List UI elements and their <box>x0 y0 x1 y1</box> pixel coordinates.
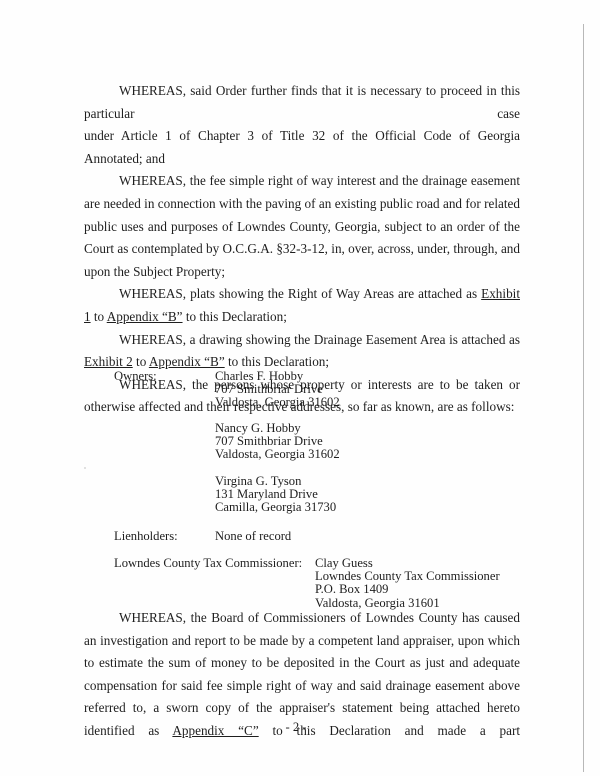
owner-address: Charles F. Hobby 707 Smithbriar Drive Va… <box>215 370 340 410</box>
paragraph-text: to this Declaration; <box>183 309 287 324</box>
paragraph-fee-simple: WHEREAS, the fee simple right of way int… <box>84 170 520 283</box>
owner-city: Camilla, Georgia 31730 <box>215 501 336 514</box>
tax-commissioner-po-box: P.O. Box 1409 <box>315 583 500 596</box>
appendix-b-reference: Appendix “B” <box>107 309 183 324</box>
owner-city: Valdosta, Georgia 31602 <box>215 448 340 461</box>
scan-speck <box>84 467 86 469</box>
page-number: - 2 - <box>0 720 600 735</box>
paragraph-text: to <box>91 309 107 324</box>
appendix-b-reference: Appendix “B” <box>149 354 225 369</box>
paragraph-drawing: WHEREAS, a drawing showing the Drainage … <box>84 329 520 374</box>
paragraph-text: WHEREAS, the fee simple right of way int… <box>84 173 520 278</box>
lienholders-label: Lienholders: <box>114 530 178 543</box>
paragraph-text: WHEREAS, the Board of Commissioners of L… <box>84 610 520 738</box>
owner-address: Nancy G. Hobby 707 Smithbriar Drive Vald… <box>215 422 340 462</box>
paragraph-text: WHEREAS, said Order further finds that i… <box>84 83 520 121</box>
paragraph-text: to <box>133 354 149 369</box>
paragraph-plats: WHEREAS, plats showing the Right of Way … <box>84 283 520 328</box>
lienholders-value: None of record <box>215 530 291 543</box>
paragraph-text: WHEREAS, a drawing showing the Drainage … <box>119 332 520 347</box>
paragraph-order-findings-line1: WHEREAS, said Order further finds that i… <box>84 80 520 125</box>
owner-city: Valdosta, Georgia 31602 <box>215 396 340 409</box>
document-page: WHEREAS, said Order further finds that i… <box>0 0 600 776</box>
paragraph-text: WHEREAS, plats showing the Right of Way … <box>119 286 481 301</box>
owners-label: Owners: <box>114 370 157 383</box>
owner-address: Virgina G. Tyson 131 Maryland Drive Cami… <box>215 475 336 515</box>
tax-commissioner-address: Clay Guess Lowndes County Tax Commission… <box>315 557 500 610</box>
page-edge-divider <box>583 24 584 772</box>
paragraph-order-findings-line2: under Article 1 of Chapter 3 of Title 32… <box>84 125 520 170</box>
tax-commissioner-label: Lowndes County Tax Commissioner: <box>114 557 302 570</box>
paragraph-text: under Article 1 of Chapter 3 of Title 32… <box>84 128 520 166</box>
exhibit-2-reference: Exhibit 2 <box>84 354 133 369</box>
paragraph-text: to this Declaration; <box>225 354 329 369</box>
